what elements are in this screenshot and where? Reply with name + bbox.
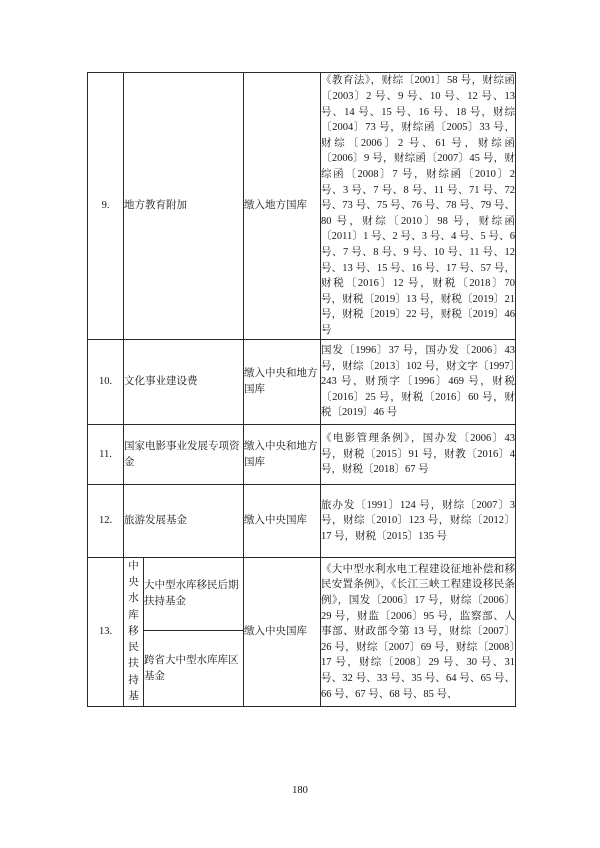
fund-name-cell: 国家电影事业发展专项资金 — [124, 425, 244, 485]
table-row: 9. 地方教育附加 缴入地方国库 《教育法》，财综〔2001〕58 号，财综函〔… — [88, 73, 516, 340]
row-number-cell: 12. — [88, 485, 124, 558]
legal-docs-cell: 国发〔1996〕37 号，国办发〔2006〕43 号，财综〔2013〕102 号… — [321, 340, 516, 425]
legal-docs-cell: 《大中型水利水电工程建设征地补偿和移民安置条例》，《长江三峡工程建设移民条例》，… — [321, 558, 516, 707]
page-number: 180 — [0, 785, 600, 796]
sub-fund-name-cell: 大中型水库移民后期扶持基金 — [144, 558, 244, 631]
table-row: 12. 旅游发展基金 缴入中央国库 旅办发〔1991〕124 号，财综〔2007… — [88, 485, 516, 558]
legal-docs-cell: 《电影管理条例》，国办发〔2006〕43 号，财税〔2015〕91 号，财教〔2… — [321, 425, 516, 485]
legal-docs-cell: 《教育法》，财综〔2001〕58 号，财综函〔2003〕2 号、9 号、10 号… — [321, 73, 516, 340]
treasury-cell: 缴入中央和地方国库 — [244, 425, 321, 485]
legal-docs-cell: 旅办发〔1991〕124 号，财综〔2007〕3 号，财综〔2010〕123 号… — [321, 485, 516, 558]
fund-group-vertical-label: 中央水库移民扶持基 — [124, 558, 144, 707]
table-row: 13. 中央水库移民扶持基 大中型水库移民后期扶持基金 缴入中央国库 《大中型水… — [88, 558, 516, 631]
sub-fund-name-cell: 跨省大中型水库库区基金 — [144, 631, 244, 707]
row-number-cell: 13. — [88, 558, 124, 707]
table-row: 11. 国家电影事业发展专项资金 缴入中央和地方国库 《电影管理条例》，国办发〔… — [88, 425, 516, 485]
fund-name-cell: 旅游发展基金 — [124, 485, 244, 558]
treasury-cell: 缴入中央国库 — [244, 485, 321, 558]
government-funds-table: 9. 地方教育附加 缴入地方国库 《教育法》，财综〔2001〕58 号，财综函〔… — [87, 72, 516, 707]
row-number-cell: 11. — [88, 425, 124, 485]
treasury-cell: 缴入中央和地方国库 — [244, 340, 321, 425]
fund-name-cell: 地方教育附加 — [124, 73, 244, 340]
fund-name-cell: 文化事业建设费 — [124, 340, 244, 425]
treasury-cell: 缴入地方国库 — [244, 73, 321, 340]
row-number-cell: 9. — [88, 73, 124, 340]
treasury-cell: 缴入中央国库 — [244, 558, 321, 707]
row-number-cell: 10. — [88, 340, 124, 425]
document-page: 9. 地方教育附加 缴入地方国库 《教育法》，财综〔2001〕58 号，财综函〔… — [0, 0, 600, 848]
table-row: 10. 文化事业建设费 缴入中央和地方国库 国发〔1996〕37 号，国办发〔2… — [88, 340, 516, 425]
